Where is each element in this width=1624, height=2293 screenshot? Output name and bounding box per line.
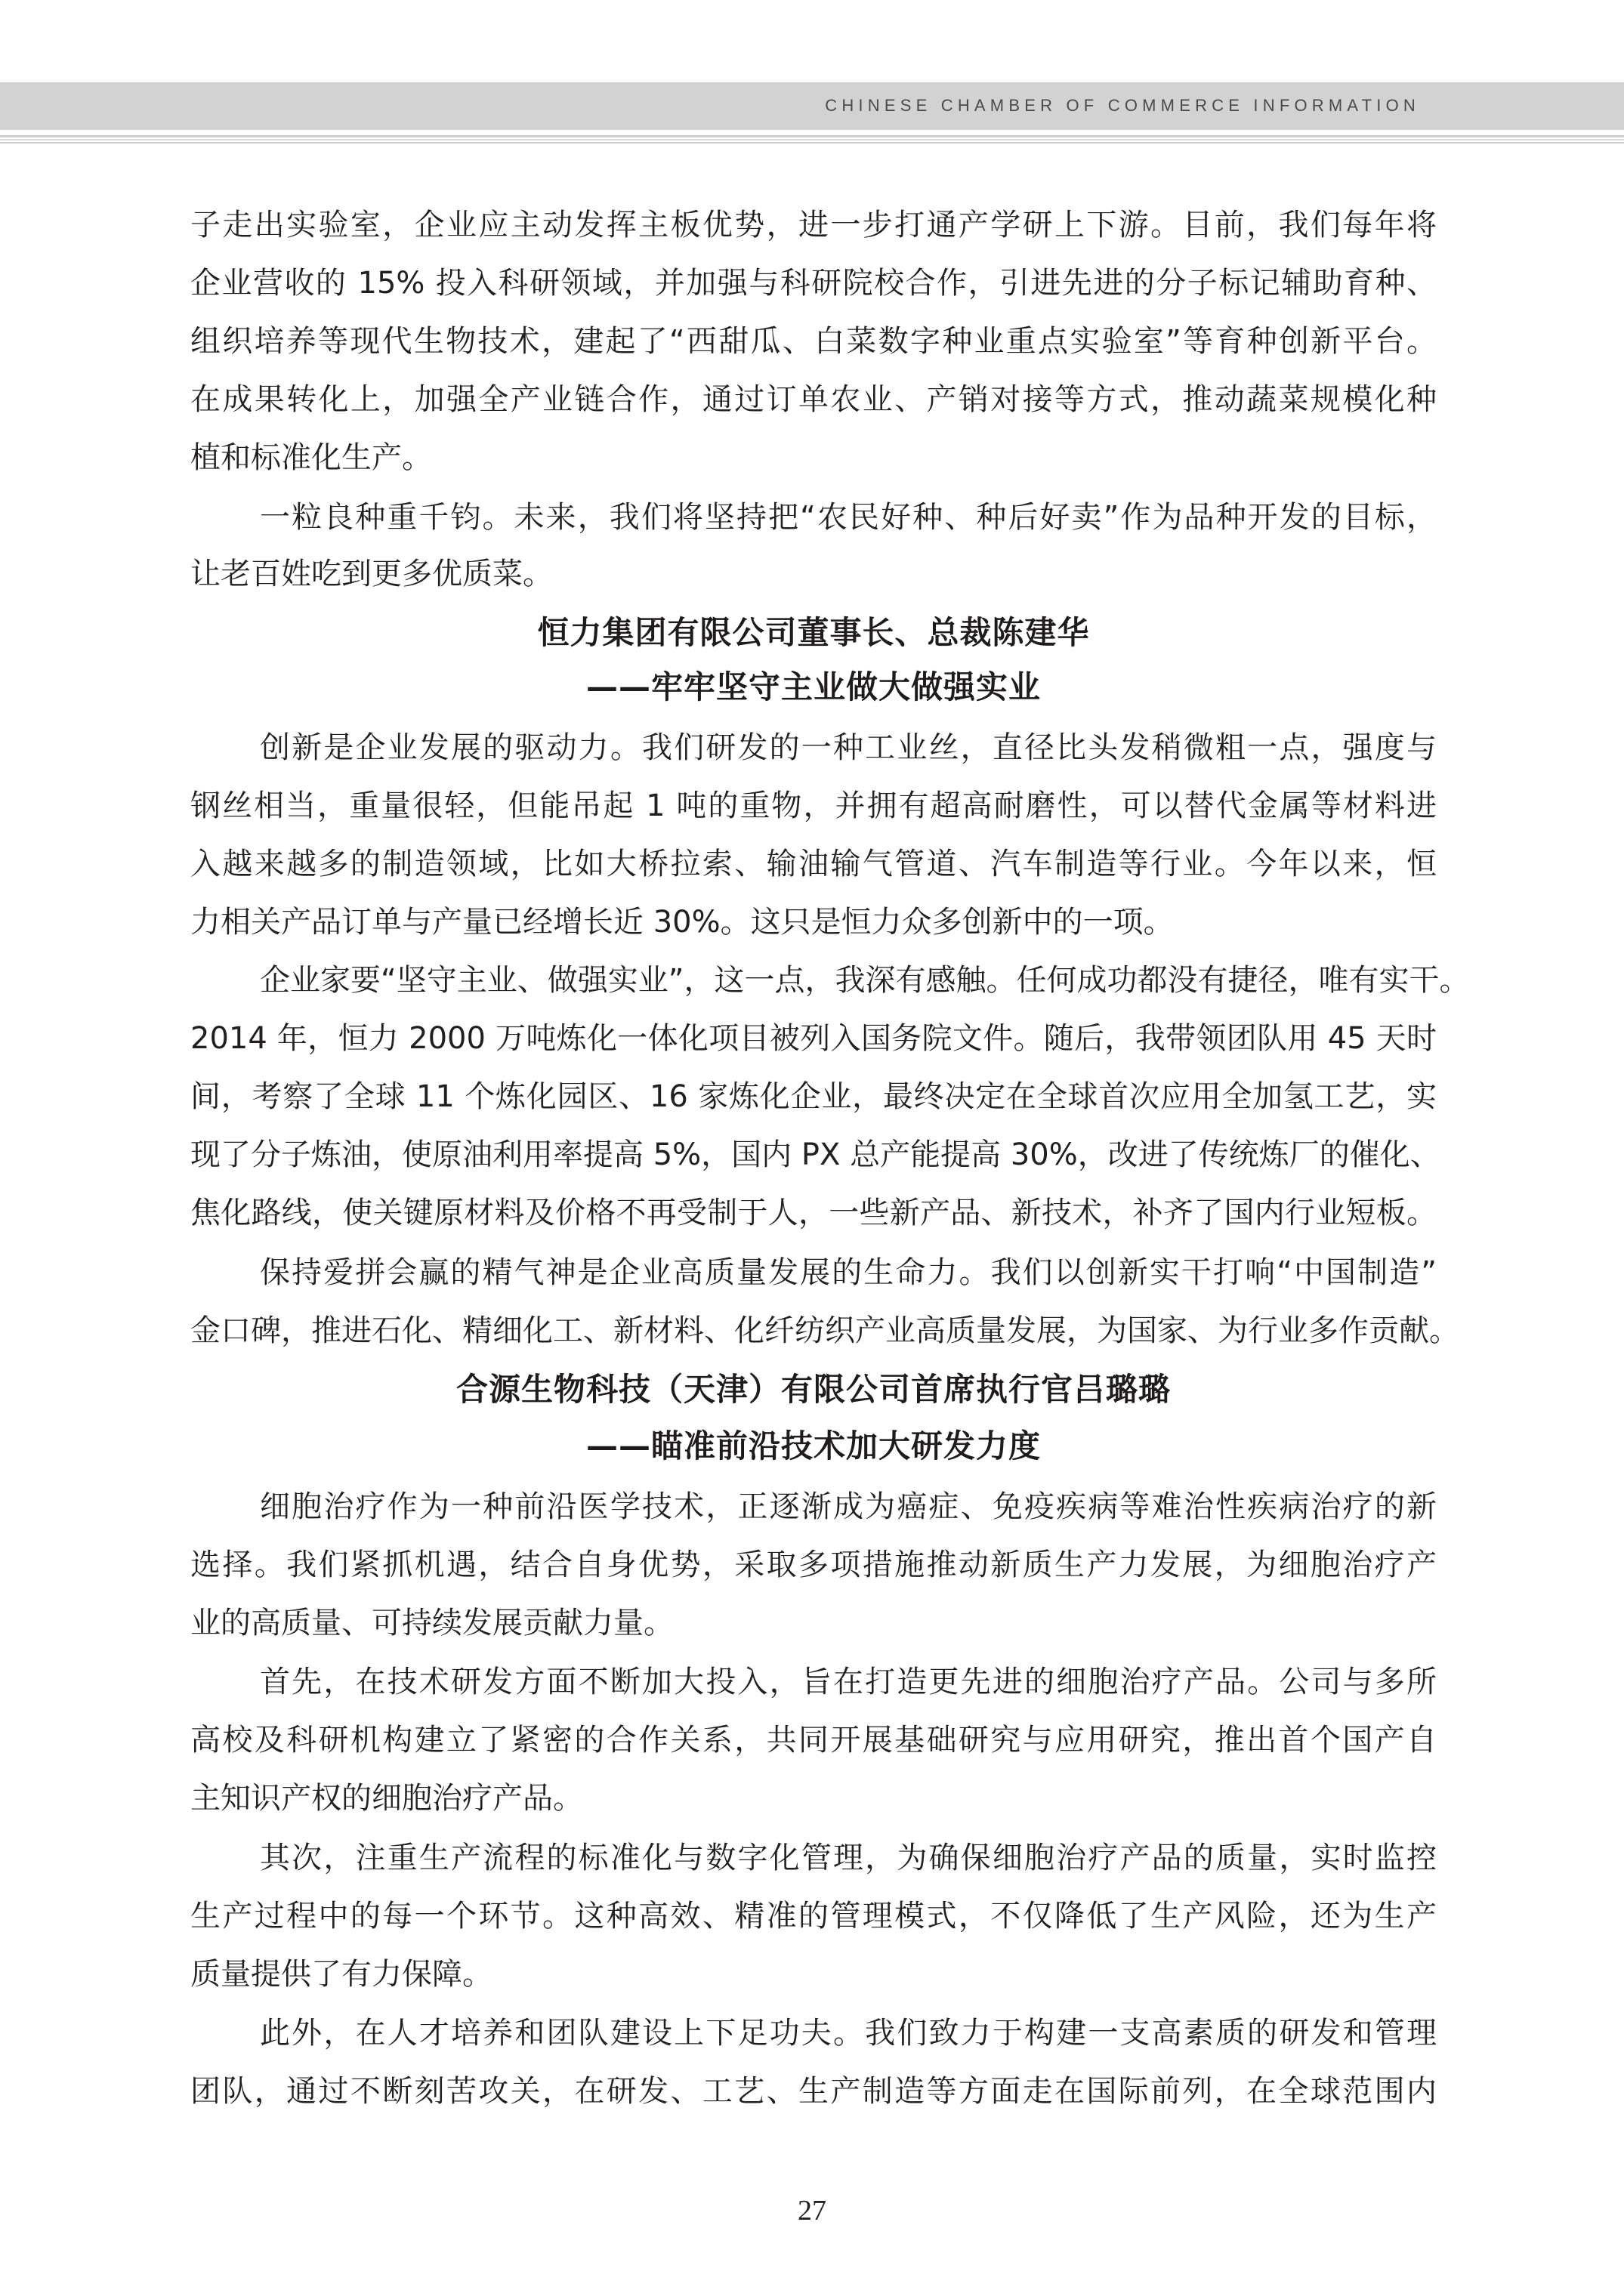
text-line: 此外，在人才培养和团队建设上下足功夫。我们致力于构建一支高素质的研发和管理 [260, 2011, 1437, 2056]
text-line: 业的高质量、可持续发展贡献力量。 [190, 1600, 1437, 1646]
text-line: 让老百姓吃到更多优质菜。 [190, 551, 1437, 597]
text-line: 保持爱拼会赢的精气神是企业高质量发展的生命力。我们以创新实干打响“中国制造” [260, 1250, 1437, 1295]
text-line: 现了分子炼油，使原油利用率提高 5%，国内 PX 总产能提高 30%，改进了传统… [190, 1132, 1437, 1177]
text-line: 细胞治疗作为一种前沿医学技术，正逐渐成为癌症、免疫疾病等难治性疾病治疗的新 [260, 1484, 1437, 1529]
text-line: 高校及科研机构建立了紧密的合作关系，共同开展基础研究与应用研究，推出首个国产自 [190, 1717, 1437, 1763]
header-rule [0, 135, 1624, 137]
text-line: 组织培养等现代生物技术，建起了“西甜瓜、白菜数字种业重点实验室”等育种创新平台。 [190, 319, 1437, 364]
text-line: 一粒良种重千钧。未来，我们将坚持把“农民好种、种后好卖”作为品种开发的目标， [260, 495, 1437, 540]
running-header-title: CHINESE CHAMBER OF COMMERCE INFORMATION [825, 96, 1420, 116]
text-line: 植和标准化生产。 [190, 435, 1437, 480]
section-title: 合源生物科技（天津）有限公司首席执行官吕璐璐 [190, 1366, 1437, 1414]
page-number: 27 [0, 2194, 1624, 2227]
text-line: 其次，注重生产流程的标准化与数字化管理，为确保细胞治疗产品的质量，实时监控 [260, 1835, 1437, 1881]
text-line: 首先，在技术研发方面不断加大投入，旨在打造更先进的细胞治疗产品。公司与多所 [260, 1659, 1437, 1705]
text-line: 质量提供了有力保障。 [190, 1952, 1437, 1997]
text-line: 创新是企业发展的驱动力。我们研发的一种工业丝，直径比头发稍微粗一点，强度与 [260, 725, 1437, 770]
section-title: 恒力集团有限公司董事长、总裁陈建华 [190, 609, 1437, 657]
section-subtitle: ——瞄准前沿技术加大研发力度 [190, 1422, 1437, 1471]
text-line: 子走出实验室，企业应主动发挥主板优势，进一步打通产学研上下游。目前，我们每年将 [190, 202, 1437, 248]
text-line: 焦化路线，使关键原材料及价格不再受制于人，一些新产品、新技术，补齐了国内行业短板… [190, 1190, 1437, 1236]
text-line: 选择。我们紧抓机遇，结合自身优势，采取多项措施推动新质生产力发展，为细胞治疗产 [190, 1542, 1437, 1588]
text-line: 金口碑，推进石化、精细化工、新材料、化纤纺织产业高质量发展，为国家、为行业多作贡… [190, 1308, 1437, 1353]
text-line: 企业家要“坚守主业、做强实业”，这一点，我深有感触。任何成功都没有捷径，唯有实干… [260, 958, 1437, 1003]
text-line: 在成果转化上，加强全产业链合作，通过订单农业、产销对接等方式，推动蔬菜规模化种 [190, 377, 1437, 422]
text-line: 企业营收的 15% 投入科研领域，并加强与科研院校合作，引进先进的分子标记辅助育… [190, 261, 1437, 306]
text-line: 钢丝相当，重量很轻，但能吊起 1 吨的重物，并拥有超高耐磨性，可以替代金属等材料… [190, 783, 1437, 829]
text-line: 力相关产品订单与产量已经增长近 30%。这只是恒力众多创新中的一项。 [190, 900, 1437, 945]
header-rule [0, 139, 1624, 140]
text-line: 间，考察了全球 11 个炼化园区、16 家炼化企业，最终决定在全球首次应用全加氢… [190, 1074, 1437, 1119]
section-subtitle: ——牢牢坚守主业做大做强实业 [190, 663, 1437, 711]
text-line: 入越来越多的制造领域，比如大桥拉索、输油输气管道、汽车制造等行业。今年以来，恒 [190, 841, 1437, 887]
text-line: 团队，通过不断刻苦攻关，在研发、工艺、生产制造等方面走在国际前列，在全球范围内 [190, 2069, 1437, 2114]
text-line: 主知识产权的细胞治疗产品。 [190, 1776, 1437, 1821]
text-line: 生产过程中的每一个环节。这种高效、精准的管理模式，不仅降低了生产风险，还为生产 [190, 1893, 1437, 1939]
text-line: 2014 年，恒力 2000 万吨炼化一体化项目被列入国务院文件。随后，我带领团… [190, 1016, 1437, 1061]
header-rule [0, 142, 1624, 144]
